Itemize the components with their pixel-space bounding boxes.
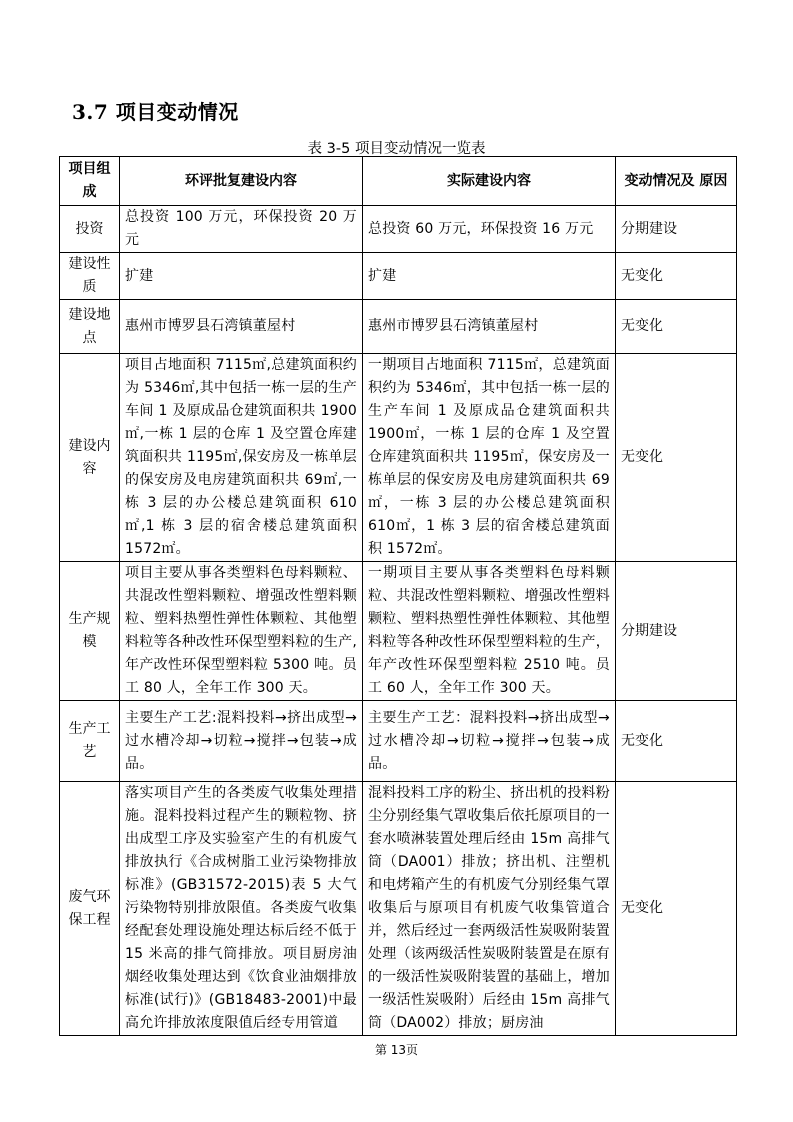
- actual-content: 扩建: [363, 253, 616, 300]
- table-row: 生产规模 项目主要从事各类塑料色母料颗粒、共混改性塑料颗粒、增强改性塑料颗粒、塑…: [60, 562, 737, 701]
- approved-content: 总投资 100 万元，环保投资 20 万元: [120, 206, 363, 253]
- actual-content: 一期项目占地面积 7115㎡，总建筑面积约为 5346㎡，其中包括一栋一层的生产…: [363, 354, 616, 562]
- change-status: 无变化: [616, 354, 737, 562]
- table-row: 生产工艺 主要生产工艺:混料投料→挤出成型→过水槽冷却→切粒→搅拌→包装→成品。…: [60, 701, 737, 782]
- actual-content: 混料投料工序的粉尘、挤出机的投料粉尘分别经集气罩收集后依托原项目的一套水喷淋装置…: [363, 782, 616, 1036]
- page-number: 第 13页: [0, 1041, 793, 1058]
- header-status: 变动情况及 原因: [616, 157, 737, 206]
- change-status: 无变化: [616, 701, 737, 782]
- table-row: 投资 总投资 100 万元，环保投资 20 万元 总投资 60 万元，环保投资 …: [60, 206, 737, 253]
- row-label: 建设内容: [60, 354, 120, 562]
- row-label: 建设性质: [60, 253, 120, 300]
- approved-content: 扩建: [120, 253, 363, 300]
- approved-content: 主要生产工艺:混料投料→挤出成型→过水槽冷却→切粒→搅拌→包装→成品。: [120, 701, 363, 782]
- row-label: 生产工艺: [60, 701, 120, 782]
- table-caption: 表 3-5 项目变动情况一览表: [0, 137, 793, 158]
- row-label: 建设地点: [60, 300, 120, 354]
- header-actual: 实际建设内容: [363, 157, 616, 206]
- change-status: 无变化: [616, 300, 737, 354]
- change-status: 无变化: [616, 782, 737, 1036]
- row-label: 废气环保工程: [60, 782, 120, 1036]
- change-status: 分期建设: [616, 562, 737, 701]
- actual-content: 一期项目主要从事各类塑料色母料颗粒、共混改性塑料颗粒、增强改性塑料颗粒、塑料热塑…: [363, 562, 616, 701]
- table-row: 废气环保工程 落实项目产生的各类废气收集处理措施。混料投料过程产生的颗粒物、挤出…: [60, 782, 737, 1036]
- change-status: 分期建设: [616, 206, 737, 253]
- table-header-row: 项目组成 环评批复建设内容 实际建设内容 变动情况及 原因: [60, 157, 737, 206]
- header-approved: 环评批复建设内容: [120, 157, 363, 206]
- approved-content: 惠州市博罗县石湾镇董屋村: [120, 300, 363, 354]
- approved-content: 项目占地面积 7115㎡,总建筑面积约为 5346㎡,其中包括一栋一层的生产车间…: [120, 354, 363, 562]
- actual-content: 主要生产工艺：混料投料→挤出成型→过水槽冷却→切粒→搅拌→包装→成品。: [363, 701, 616, 782]
- actual-content: 惠州市博罗县石湾镇董屋村: [363, 300, 616, 354]
- approved-content: 落实项目产生的各类废气收集处理措施。混料投料过程产生的颗粒物、挤出成型工序及实验…: [120, 782, 363, 1036]
- approved-content: 项目主要从事各类塑料色母料颗粒、共混改性塑料颗粒、增强改性塑料颗粒、塑料热塑性弹…: [120, 562, 363, 701]
- header-component: 项目组成: [60, 157, 120, 206]
- row-label: 投资: [60, 206, 120, 253]
- table-row: 建设性质 扩建 扩建 无变化: [60, 253, 737, 300]
- section-title: 3.7 项目变动情况: [72, 96, 239, 125]
- table-row: 建设地点 惠州市博罗县石湾镇董屋村 惠州市博罗县石湾镇董屋村 无变化: [60, 300, 737, 354]
- project-change-table: 项目组成 环评批复建设内容 实际建设内容 变动情况及 原因 投资 总投资 100…: [59, 156, 737, 1036]
- change-status: 无变化: [616, 253, 737, 300]
- row-label: 生产规模: [60, 562, 120, 701]
- table-row: 建设内容 项目占地面积 7115㎡,总建筑面积约为 5346㎡,其中包括一栋一层…: [60, 354, 737, 562]
- actual-content: 总投资 60 万元，环保投资 16 万元: [363, 206, 616, 253]
